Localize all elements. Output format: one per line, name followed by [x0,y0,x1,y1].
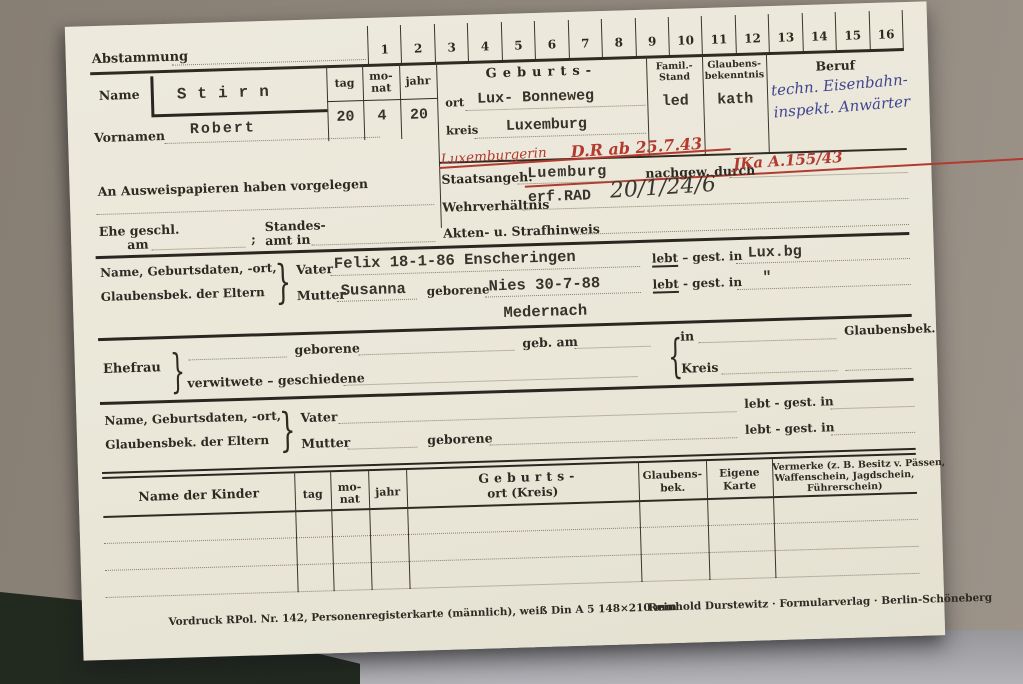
eltern1-extra-line: Medernach [503,302,587,322]
eltern1-geborene-value: Nies 30-7-88 [488,274,600,295]
ausweis-label: An Ausweispapieren haben vorgelegen [97,176,368,199]
eltern2-vater-lebt-label: lebt - gest. in [744,394,834,411]
kinder-col-ort: ort (Kreis) [407,482,639,503]
kinder-row-dotted [106,573,920,598]
eltern2-vater-dotted [339,411,737,424]
ehe-am-label: am [127,237,149,253]
familienstand-label-2: Stand [646,71,702,84]
kreis-dotted-line [474,133,646,139]
eltern2-mutter-label: Mutter [301,435,350,451]
ort-label: ort [445,95,464,110]
grid-number: 2 [402,37,436,65]
grid-number: 8 [602,31,636,59]
kinder-col-jahr: jahr [369,485,407,499]
ehefrau-verwitwete-label: verwitwete – geschiedene [187,370,365,390]
eltern1-vater-label: Vater [296,261,333,277]
ort-value: Lux- Bonneweg [477,87,594,107]
grid-number: 5 [502,34,536,62]
kinder-col-glaubens-2: bek. [639,481,707,495]
ehefrau-kreis-dotted [721,370,837,374]
eltern1-brace: } [274,254,292,308]
standesamt-label-2: amt in [265,232,311,248]
eltern2-geborene-dotted [489,437,737,445]
kreis-value: Luxemburg [506,115,587,134]
name-box-bottom-border [151,109,327,117]
ehefrau-name-dotted [189,356,287,360]
name-label: Name [99,87,140,103]
ehefrau-geborene-dotted [359,350,515,356]
eltern2-geborene-label: geborene [427,430,493,447]
ehefrau-verwitwete-dotted [344,376,638,386]
eltern2-mutter-lebt-dotted [831,432,915,435]
wehrverhaeltnis-typed-value: erf.RAD [528,187,591,206]
tag-label: tag [326,76,362,90]
wehrverhaeltnis-handwritten-value: 20/1/24/6 [609,172,717,204]
familienstand-value: led [647,92,703,111]
ehefrau-in-dotted [698,338,836,343]
kinder-col-glaubens-1: Glaubens- [638,468,706,482]
kinder-row-dotted [105,546,919,571]
eltern1-label-1: Name, Geburtsdaten, -ort, [100,261,277,280]
grid-number: 7 [569,32,603,60]
grid-number: 16 [870,23,904,51]
ehefrau-glaubensbek-dotted [845,368,911,371]
jahr-value: 20 [400,106,437,124]
ausweis-dotted-line [96,204,434,215]
eltern2-vater-label: Vater [300,409,337,425]
grid-number: 6 [535,33,569,61]
standesamt-dotted-line [311,241,435,246]
grid-number: 10 [669,29,703,57]
kinder-col-monat-2: nat [331,492,369,506]
eltern1-label-2: Glaubensbek. der Eltern [101,285,265,304]
ehe-separator: ; [251,231,256,246]
eltern2-label-1: Name, Geburtsdaten, -ort, [104,409,281,428]
kinder-col-name: Name der Kinder [103,484,295,505]
registration-card: Abstammung 1 2 3 4 5 6 7 8 9 10 11 12 13… [65,1,945,660]
table-column-line [406,470,411,589]
eltern2-mutter-lebt-label: lebt - gest. in [745,420,835,437]
kinder-col-tag: tag [295,487,331,501]
glaubens-value: kath [703,90,767,109]
grid-number: 15 [836,24,870,52]
grid-number: 11 [703,28,737,56]
rule [327,98,437,102]
monat-label-2: nat [363,81,400,95]
jahr-label: jahr [399,74,436,88]
grid-number: 3 [435,36,469,64]
monat-value: 4 [363,107,400,125]
kinder-col-eigene-2: Karte [707,479,773,493]
kinder-col-geburts: Geburts- [478,468,579,486]
eltern2-vater-lebt-dotted [830,406,914,409]
grid-number: 4 [469,35,503,63]
grid-number: 14 [803,25,837,53]
eltern1-mutter-value: Susanna [340,280,406,300]
grid-number: 1 [368,38,402,66]
eltern2-mutter-dotted [347,447,417,450]
grid-number: 13 [769,26,803,54]
photo-background: Abstammung 1 2 3 4 5 6 7 8 9 10 11 12 13… [0,0,1023,684]
tag-value: 20 [327,108,363,126]
eltern1-geborene-label: geborene [427,282,490,298]
name-box-left-border [150,76,154,116]
ehe-am-dotted-line [151,247,245,251]
footer-left: Vordruck RPol. Nr. 142, Personenregister… [168,601,676,628]
ehefrau-in-label: in [680,328,694,343]
kinder-col-eigene-1: Eigene [706,466,772,480]
eltern2-label-2: Glaubensbek. der Eltern [105,433,269,452]
glaubens-label-2: bekenntnis [702,69,766,82]
vornamen-value: Robert [190,119,256,138]
footer-right: Reinhold Durstewitz · Formularverlag · B… [648,592,992,614]
eltern2-brace: } [279,402,297,456]
kreis-label: kreis [446,123,479,138]
ehefrau-glaubensbek-label: Glaubensbek. [844,321,936,338]
ehefrau-brace: } [170,344,186,398]
eltern1-vater-lebt-label: lebt – gest. in [652,249,743,266]
eltern1-vater-lebt-value: Lux.bg [748,243,802,262]
ehefrau-geborene-label: geborene [294,340,360,357]
vornamen-label: Vornamen [94,128,165,145]
name-value: Stirn [177,83,281,104]
ehefrau-kreis-label: Kreis [681,360,719,376]
eltern1-mutter-lebt-value: " [762,269,772,286]
grid-number: 9 [636,30,670,58]
geburts-header: Geburts- [446,62,636,83]
eltern1-mutter-lebt-label: lebt - gest. in [652,275,742,292]
akten-label: Akten- u. Strafhinweis [443,221,600,241]
grid-number: 12 [736,27,770,55]
ehefrau-label: Ehefrau [103,360,161,377]
ehefrau-geb-am-dotted [575,346,651,349]
kinder-row-dotted [104,519,918,544]
ehefrau-geb-am-label: geb. am [522,334,578,351]
